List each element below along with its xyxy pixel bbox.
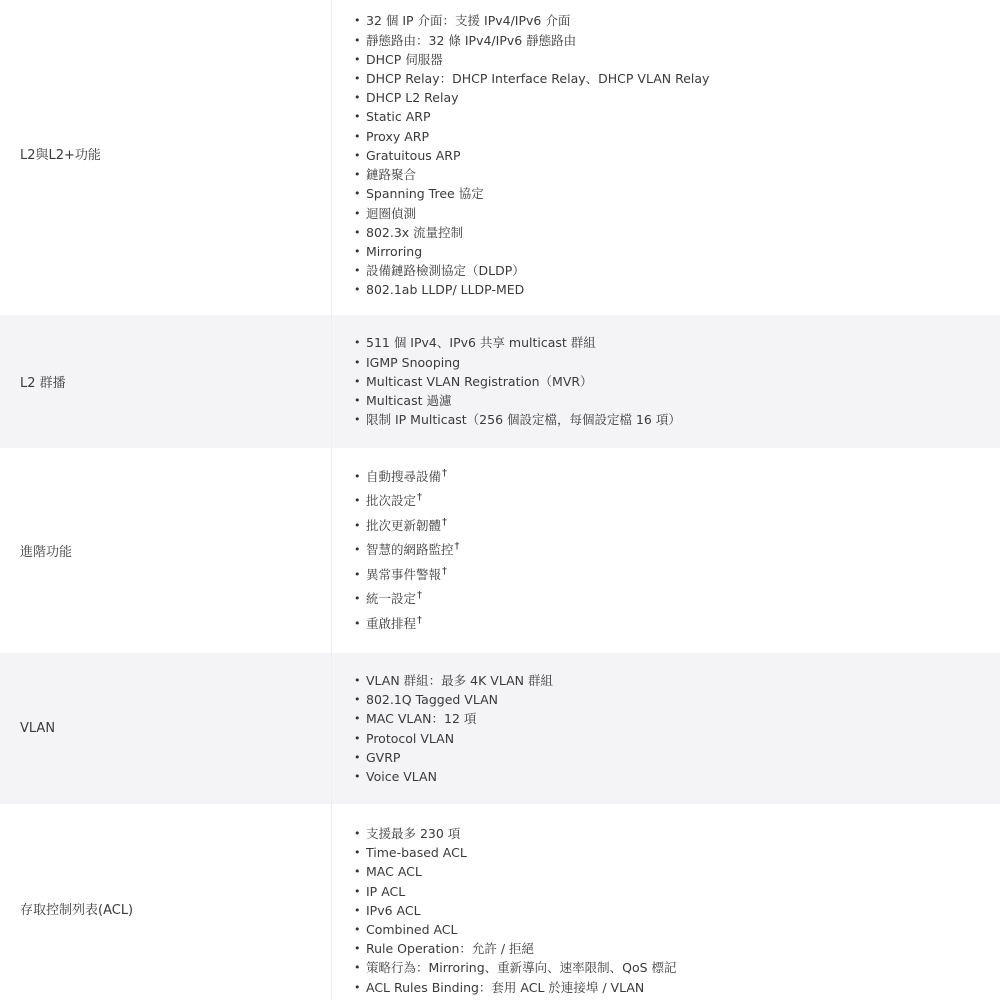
list-item: DHCP Relay：DHCP Interface Relay、DHCP VLA… xyxy=(354,69,1000,88)
list-item-text: 重啟排程 xyxy=(366,616,416,631)
list-item-text: 異常事件警報 xyxy=(366,567,441,582)
spec-label: L2 群播 xyxy=(0,315,332,448)
list-item: 鏈路聚合 xyxy=(354,165,1000,184)
dagger-footnote-icon: † xyxy=(442,517,447,528)
spec-label: L2與L2+功能 xyxy=(0,0,332,315)
spec-values: 自動搜尋設備† 批次設定† 批次更新韌體† 智慧的網路監控† 異常事件警報† 統… xyxy=(332,448,1000,653)
dagger-footnote-icon: † xyxy=(455,541,460,552)
list-item-text: 自動搜尋設備 xyxy=(366,469,441,484)
list-item: Combined ACL xyxy=(354,920,1000,939)
list-item: 設備鏈路檢測協定（DLDP） xyxy=(354,261,1000,280)
list-item: DHCP L2 Relay xyxy=(354,88,1000,107)
dagger-footnote-icon: † xyxy=(417,615,422,626)
list-item: 511 個 IPv4、IPv6 共享 multicast 群組 xyxy=(354,333,1000,352)
dagger-footnote-icon: † xyxy=(442,468,447,479)
list-item: 迴圈偵測 xyxy=(354,204,1000,223)
spec-label: 存取控制列表(ACL) xyxy=(0,804,332,1000)
list-item: 支援最多 230 項 xyxy=(354,824,1000,843)
list-item: MAC ACL xyxy=(354,862,1000,881)
list-item: Mirroring xyxy=(354,242,1000,261)
list-item-text: 批次設定 xyxy=(366,493,416,508)
feature-list: VLAN 群組：最多 4K VLAN 群組 802.1Q Tagged VLAN… xyxy=(354,671,1000,786)
list-item: Rule Operation：允許 / 拒絕 xyxy=(354,939,1000,958)
spec-label-text: L2 群播 xyxy=(20,372,66,391)
spec-row-vlan: VLAN VLAN 群組：最多 4K VLAN 群組 802.1Q Tagged… xyxy=(0,653,1000,804)
list-item: Time-based ACL xyxy=(354,843,1000,862)
spec-row-l2-features: L2與L2+功能 32 個 IP 介面：支援 IPv4/IPv6 介面 靜態路由… xyxy=(0,0,1000,315)
list-item: 靜態路由：32 條 IPv4/IPv6 靜態路由 xyxy=(354,31,1000,50)
list-item: 802.1ab LLDP/ LLDP-MED xyxy=(354,280,1000,299)
spec-row-l2-multicast: L2 群播 511 個 IPv4、IPv6 共享 multicast 群組 IG… xyxy=(0,315,1000,448)
list-item: GVRP xyxy=(354,748,1000,767)
list-item: 32 個 IP 介面：支援 IPv4/IPv6 介面 xyxy=(354,11,1000,30)
dagger-footnote-icon: † xyxy=(417,590,422,601)
list-item: 批次設定† xyxy=(354,489,1000,514)
list-item: IP ACL xyxy=(354,882,1000,901)
list-item-text: 統一設定 xyxy=(366,591,416,606)
spec-values: 支援最多 230 項 Time-based ACL MAC ACL IP ACL… xyxy=(332,804,1000,1000)
spec-label: VLAN xyxy=(0,653,332,804)
feature-list: 支援最多 230 項 Time-based ACL MAC ACL IP ACL… xyxy=(354,824,1000,997)
spec-label-text: L2與L2+功能 xyxy=(20,144,101,163)
feature-list: 511 個 IPv4、IPv6 共享 multicast 群組 IGMP Sno… xyxy=(354,333,1000,429)
list-item: Multicast 過濾 xyxy=(354,391,1000,410)
list-item: Multicast VLAN Registration（MVR） xyxy=(354,372,1000,391)
spec-values: 511 個 IPv4、IPv6 共享 multicast 群組 IGMP Sno… xyxy=(332,315,1000,448)
list-item: Proxy ARP xyxy=(354,127,1000,146)
list-item: MAC VLAN：12 項 xyxy=(354,709,1000,728)
spec-label-text: 進階功能 xyxy=(20,541,72,560)
list-item: 限制 IP Multicast（256 個設定檔，每個設定檔 16 項） xyxy=(354,410,1000,429)
dagger-footnote-icon: † xyxy=(442,566,447,577)
list-item: Spanning Tree 協定 xyxy=(354,184,1000,203)
spec-values: VLAN 群組：最多 4K VLAN 群組 802.1Q Tagged VLAN… xyxy=(332,653,1000,804)
spec-row-acl: 存取控制列表(ACL) 支援最多 230 項 Time-based ACL MA… xyxy=(0,804,1000,1000)
spec-label: 進階功能 xyxy=(0,448,332,653)
list-item: Voice VLAN xyxy=(354,767,1000,786)
list-item: Static ARP xyxy=(354,107,1000,126)
list-item: 智慧的網路監控† xyxy=(354,538,1000,563)
list-item: IGMP Snooping xyxy=(354,353,1000,372)
list-item: 異常事件警報† xyxy=(354,563,1000,588)
feature-list: 自動搜尋設備† 批次設定† 批次更新韌體† 智慧的網路監控† 異常事件警報† 統… xyxy=(354,465,1000,637)
spec-label-text: 存取控制列表(ACL) xyxy=(20,899,133,918)
spec-label-text: VLAN xyxy=(20,721,55,736)
spec-values: 32 個 IP 介面：支援 IPv4/IPv6 介面 靜態路由：32 條 IPv… xyxy=(332,0,1000,315)
list-item: 自動搜尋設備† xyxy=(354,465,1000,490)
list-item: Gratuitous ARP xyxy=(354,146,1000,165)
list-item: Protocol VLAN xyxy=(354,729,1000,748)
list-item: 重啟排程† xyxy=(354,612,1000,637)
list-item: ACL Rules Binding：套用 ACL 於連接埠 / VLAN xyxy=(354,978,1000,997)
list-item-text: 批次更新韌體 xyxy=(366,518,441,533)
list-item: 統一設定† xyxy=(354,587,1000,612)
list-item: IPv6 ACL xyxy=(354,901,1000,920)
dagger-footnote-icon: † xyxy=(417,492,422,503)
list-item: VLAN 群組：最多 4K VLAN 群組 xyxy=(354,671,1000,690)
feature-list: 32 個 IP 介面：支援 IPv4/IPv6 介面 靜態路由：32 條 IPv… xyxy=(354,11,1000,299)
list-item: 802.1Q Tagged VLAN xyxy=(354,690,1000,709)
list-item: 策略行為：Mirroring、重新導向、速率限制、QoS 標記 xyxy=(354,958,1000,977)
list-item-text: 智慧的網路監控 xyxy=(366,542,454,557)
list-item: 批次更新韌體† xyxy=(354,514,1000,539)
spec-row-advanced-features: 進階功能 自動搜尋設備† 批次設定† 批次更新韌體† 智慧的網路監控† 異常事件… xyxy=(0,448,1000,653)
list-item: DHCP 伺服器 xyxy=(354,50,1000,69)
list-item: 802.3x 流量控制 xyxy=(354,223,1000,242)
